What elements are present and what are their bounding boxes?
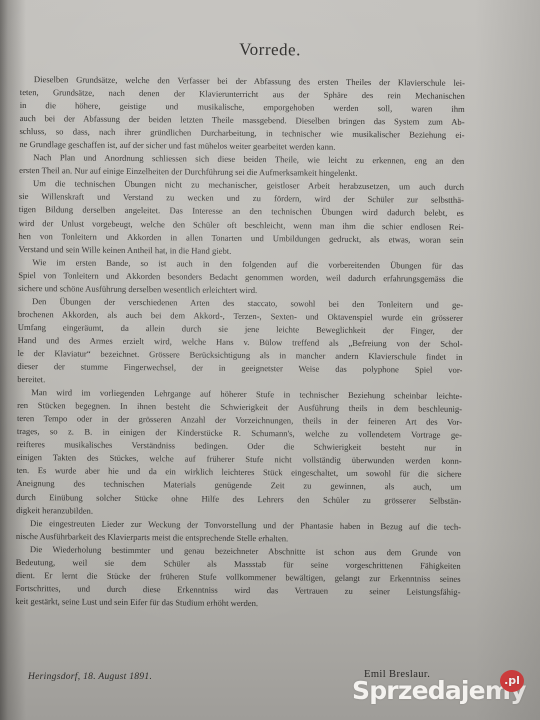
- watermark-badge-icon: .pl: [500, 670, 524, 692]
- book-page: Vorrede. Dieselben Grundsätze, welche de…: [0, 0, 540, 720]
- preface-body: Dieselben Grundsätze, welche den Verfass…: [15, 73, 465, 612]
- page-title: Vorrede.: [0, 37, 540, 63]
- sprzedajemy-watermark: Sprzedajemy .pl: [352, 676, 526, 716]
- place-date: Heringsdorf, 18. August 1891.: [28, 672, 152, 682]
